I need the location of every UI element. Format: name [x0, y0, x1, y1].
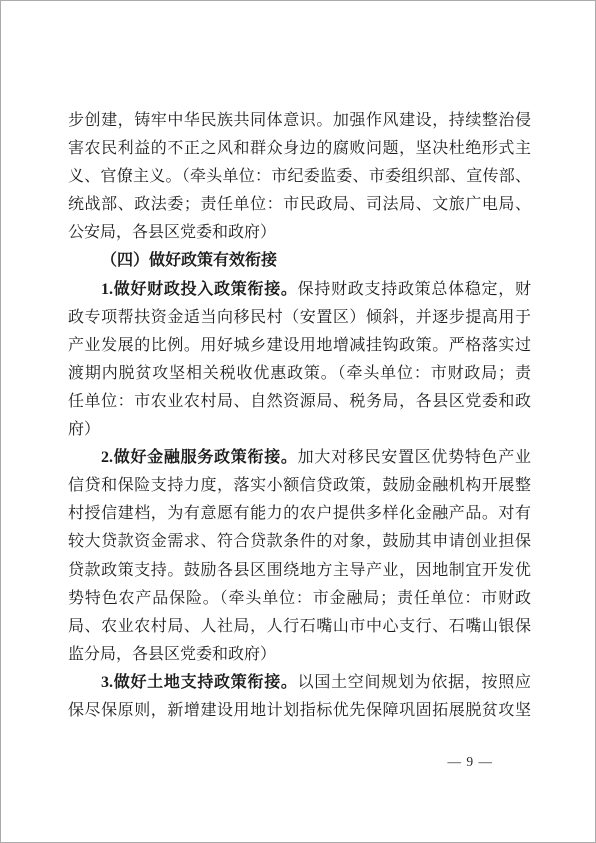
paragraph-line: 较大贷款资金需求、符合贷款条件的对象，鼓励其申请创业担保: [68, 528, 531, 556]
section-heading: （四）做好政策有效衔接: [68, 247, 531, 275]
paragraph-line: 任单位：市农业农村局、自然资源局、税务局，各县区党委和政: [68, 388, 531, 416]
paragraph-line: 2.做好金融服务政策衔接。加大对移民安置区优势特色产业: [68, 444, 531, 472]
paragraph-line: 村授信建档，为有意愿有能力的农户提供多样化金融产品。对有: [68, 500, 531, 528]
paragraph-text: 加大对移民安置区优势特色产业: [298, 449, 531, 466]
paragraph-lead: 3.做好土地支持政策衔接。: [101, 674, 298, 691]
paragraph-line: 信贷和保险支持力度，落实小额信贷政策，鼓励金融机构开展整: [68, 472, 531, 500]
paragraph-line: 渡期内脱贫攻坚相关税收优惠政策。（牵头单位：市财政局；责: [68, 360, 531, 388]
paragraph-line: 府）: [68, 416, 531, 444]
paragraph: 步创建，铸牢中华民族共同体意识。加强作风建设，持续整治侵害农民利益的不正之风和群…: [68, 107, 531, 247]
paragraph-line: 保尽保原则，新增建设用地计划指标优先保障巩固拓展脱贫攻坚: [68, 697, 531, 725]
paragraph-lead: 2.做好金融服务政策衔接。: [101, 449, 298, 466]
paragraph-line: （四）做好政策有效衔接: [68, 247, 531, 275]
paragraph: 2.做好金融服务政策衔接。加大对移民安置区优势特色产业信贷和保险支持力度，落实小…: [68, 444, 531, 669]
paragraph-text: 以国土空间规划为依据，按照应: [298, 674, 531, 691]
paragraph-line: 1.做好财政投入政策衔接。保持财政支持政策总体稳定，财: [68, 276, 531, 304]
paragraph-lead: 1.做好财政投入政策衔接。: [101, 281, 298, 298]
paragraph-line: 统战部、政法委；责任单位：市民政局、司法局、文旅广电局、: [68, 191, 531, 219]
paragraph: 3.做好土地支持政策衔接。以国土空间规划为依据，按照应保尽保原则，新增建设用地计…: [68, 669, 531, 725]
paragraph-line: 步创建，铸牢中华民族共同体意识。加强作风建设，持续整治侵: [68, 107, 531, 135]
paragraph-line: 监分局，各县区党委和政府）: [68, 641, 531, 669]
document-page: 步创建，铸牢中华民族共同体意识。加强作风建设，持续整治侵害农民利益的不正之风和群…: [0, 0, 596, 843]
paragraph-line: 势特色农产品保险。（牵头单位：市金融局；责任单位：市财政: [68, 585, 531, 613]
paragraph-line: 义、官僚主义。（牵头单位：市纪委监委、市委组织部、宣传部、: [68, 163, 531, 191]
paragraph-line: 贷款政策支持。鼓励各县区围绕地方主导产业，因地制宜开发优: [68, 557, 531, 585]
paragraph-line: 3.做好土地支持政策衔接。以国土空间规划为依据，按照应: [68, 669, 531, 697]
paragraph-line: 局、农业农村局、人社局，人行石嘴山市中心支行、石嘴山银保: [68, 613, 531, 641]
paragraph-line: 政专项帮扶资金适当向移民村（安置区）倾斜，并逐步提高用于: [68, 304, 531, 332]
paragraph-text: 保持财政支持政策总体稳定，财: [298, 281, 531, 298]
page-number: — 9 —: [448, 753, 494, 771]
paragraph: 1.做好财政投入政策衔接。保持财政支持政策总体稳定，财政专项帮扶资金适当向移民村…: [68, 276, 531, 445]
paragraph-line: 害农民利益的不正之风和群众身边的腐败问题，坚决杜绝形式主: [68, 135, 531, 163]
paragraph-line: 产业发展的比例。用好城乡建设用地增减挂钩政策。严格落实过: [68, 332, 531, 360]
paragraph-line: 公安局，各县区党委和政府）: [68, 219, 531, 247]
document-text: 步创建，铸牢中华民族共同体意识。加强作风建设，持续整治侵害农民利益的不正之风和群…: [68, 107, 531, 725]
